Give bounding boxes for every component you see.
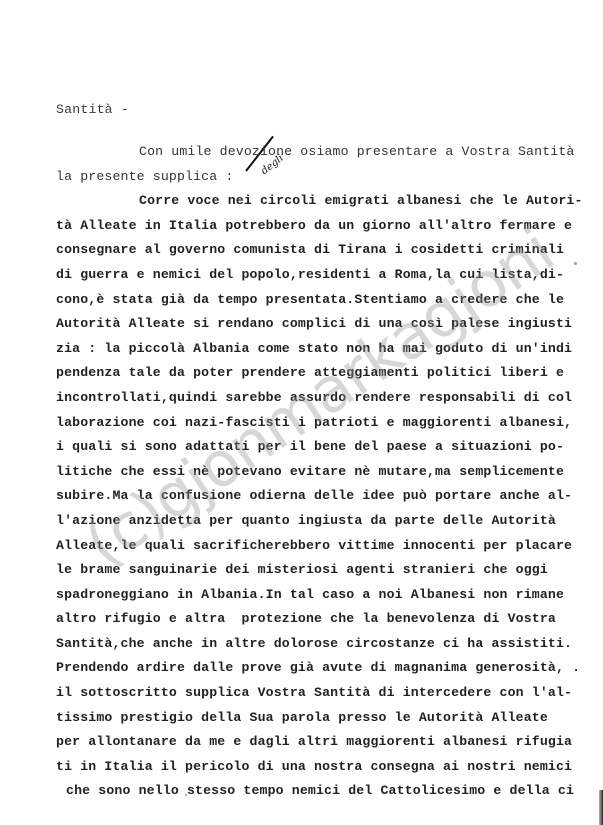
- text-line: cono,è stata già da tempo presentata.Ste…: [56, 288, 596, 313]
- text-line: Autorità Alleate si rendano complici di …: [56, 312, 596, 337]
- scan-edge-shadow: [599, 790, 603, 825]
- text-line: subire.Ma la confusione odierna delle id…: [56, 484, 596, 509]
- text-line: pendenza tale da poter prendere atteggia…: [56, 361, 596, 386]
- text-line: consegnare al governo comunista di Tiran…: [56, 238, 596, 263]
- text-line: l'azione anzidetta per quanto ingiusta d…: [56, 509, 596, 534]
- text-line: di guerra e nemici del popolo,residenti …: [56, 263, 596, 288]
- text-line: Santità,che anche in altre dolorose circ…: [56, 632, 596, 657]
- text-line: spadroneggiano in Albania.In tal caso a …: [56, 583, 596, 608]
- text-line: tissimo prestigio della Sua parola press…: [56, 706, 596, 731]
- text-line: la presente supplica :: [56, 165, 596, 190]
- text-line: incontrollati,quindi sarebbe assurdo ren…: [56, 386, 596, 411]
- text-line: laborazione coi nazi-fascisti i patrioti…: [56, 411, 596, 436]
- text-line: tà Alleate in Italia potrebbero da un gi…: [56, 214, 596, 239]
- text-line: altro rifugio e altra protezione che la …: [56, 607, 596, 632]
- scan-speck: [574, 262, 577, 265]
- text-line: zia : la piccolà Albania come stato non …: [56, 337, 596, 362]
- text-line: ti in Italia il pericolo di una nostra c…: [56, 755, 596, 780]
- scan-speck: [185, 794, 187, 796]
- text-line: che sono nello stesso tempo nemici del C…: [56, 779, 596, 804]
- text-line: Con umile devozione osiamo presentare a …: [56, 140, 596, 165]
- letter-body: Con umile devozione osiamo presentare a …: [56, 140, 596, 804]
- text-line: per allontanare da me e dagli altri magg…: [56, 730, 596, 755]
- text-line: il sottoscritto supplica Vostra Santità …: [56, 681, 596, 706]
- text-line: i quali si sono adattati per il bene del…: [56, 435, 596, 460]
- salutation: Santità -: [56, 102, 129, 117]
- text-line: Corre voce nei circoli emigrati albanesi…: [56, 189, 596, 214]
- text-line: Prendendo ardire dalle prove già avute d…: [56, 656, 596, 681]
- text-line: litiche che essi nè potevano evitare nè …: [56, 460, 596, 485]
- text-line: Alleate,le quali sacrificherebbero vitti…: [56, 534, 596, 559]
- document-page: Santità - degli Con umile devozione osia…: [0, 0, 603, 825]
- text-line: le brame sanguinarie dei misteriosi agen…: [56, 558, 596, 583]
